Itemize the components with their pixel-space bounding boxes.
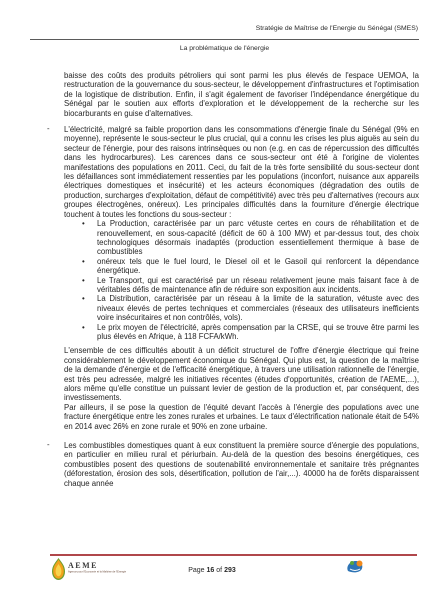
round-bullet-marker: • — [82, 219, 85, 228]
header-rule — [30, 39, 419, 40]
footer-rule — [50, 554, 417, 556]
partner-logo-icon — [344, 558, 366, 580]
dash-bullet-marker: - — [47, 124, 50, 133]
sub-list-item-text: La Distribution, caractérisée par un rés… — [97, 294, 419, 322]
sub-list-item-text: onéreux tels que le fuel lourd, le Diese… — [97, 257, 419, 275]
page-label-prefix: Page — [188, 567, 204, 574]
sub-list-item-price: • Le prix moyen de l'électricité, après … — [64, 323, 419, 342]
sub-list-item-text: Le Transport, qui est caractérisé par un… — [97, 276, 419, 294]
list-item-electricity: - L'électricité, malgré sa faible propor… — [64, 125, 419, 219]
sub-list-item-transport: • Le Transport, qui est caractérisé par … — [64, 276, 419, 295]
round-bullet-marker: • — [82, 276, 85, 285]
round-bullet-marker: • — [82, 323, 85, 332]
list-item-electricity-text: L'électricité, malgré sa faible proporti… — [64, 125, 419, 219]
sub-list-item-text: La Production, caractérisée par un parc … — [97, 219, 419, 256]
dash-bullet-marker: - — [47, 440, 50, 449]
header-subtitle: La problématique de l'énergie — [30, 45, 419, 52]
sub-list-item-distribution: • La Distribution, caractérisée par un r… — [64, 294, 419, 322]
document-body: baisse des coûts des produits pétroliers… — [64, 71, 419, 488]
list-item-domestic-fuels: - Les combustibles domestiques quant à e… — [64, 441, 419, 488]
paragraph-petroleum-costs: baisse des coûts des produits pétroliers… — [64, 71, 419, 118]
round-bullet-marker: • — [82, 294, 85, 303]
document-page: Stratégie de Maîtrise de l'Energie du Sé… — [0, 0, 424, 600]
page-number: 16 — [207, 567, 215, 574]
paragraph-structural-deficit: L'ensemble de ces difficultés aboutit à … — [64, 346, 419, 402]
paragraph-equity: Par ailleurs, il se pose la question de … — [64, 403, 419, 431]
partner-logo — [340, 558, 370, 582]
page-total: 293 — [224, 567, 236, 574]
list-item-domestic-fuels-text: Les combustibles domestiques quant à eux… — [64, 441, 419, 488]
round-bullet-marker: • — [82, 257, 85, 266]
sub-list-item-production: • La Production, caractérisée par un par… — [64, 219, 419, 257]
header-title: Stratégie de Maîtrise de l'Energie du Sé… — [30, 25, 418, 33]
electricity-sub-list: • La Production, caractérisée par un par… — [64, 219, 419, 341]
sub-list-item-fuels-onereux: • onéreux tels que le fuel lourd, le Die… — [64, 257, 419, 276]
page-label-middle: of — [216, 567, 222, 574]
sub-list-item-text: Le prix moyen de l'électricité, après co… — [97, 323, 419, 341]
